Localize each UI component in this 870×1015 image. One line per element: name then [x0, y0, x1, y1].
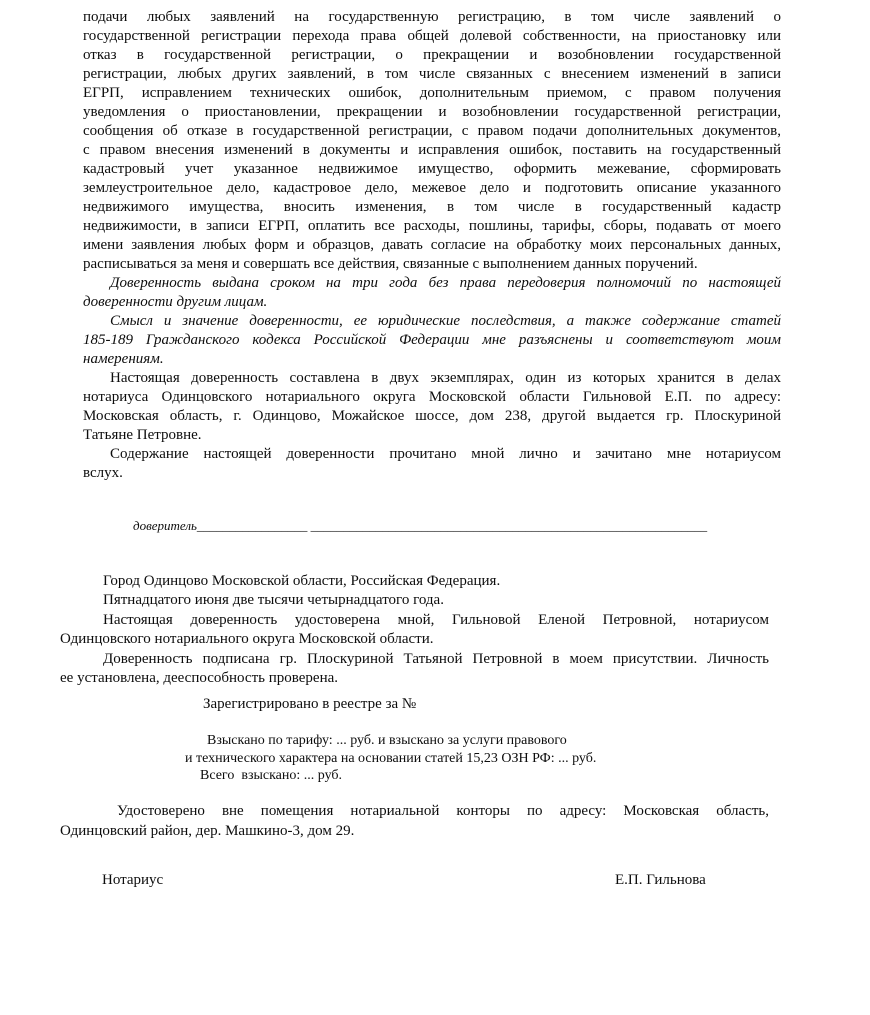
text-line: недвижимого имущества, вносить изменения… [83, 198, 781, 217]
paragraph: Настоящая доверенность удостоверена мной… [60, 611, 769, 650]
text-line: землеустроительное дело, кадастровое дел… [83, 179, 781, 198]
text-line: вслух. [83, 464, 781, 483]
text-line: доверенности другим лицам. [83, 293, 781, 312]
text-line: Содержание настоящей доверенности прочит… [83, 445, 781, 464]
text-line: ЕГРП, исправлением технических ошибок, д… [83, 84, 781, 103]
text-line: Одинцовский район, дер. Машкино-3, дом 2… [60, 822, 769, 842]
text-line: Город Одинцово Московской области, Росси… [60, 572, 769, 591]
text-line: расписываться за меня и совершать все де… [83, 255, 781, 274]
text-line: государственной регистрации перехода пра… [83, 27, 781, 46]
paragraph: Содержание настоящей доверенности прочит… [83, 445, 781, 483]
text-line: нотариуса Одинцовского нотариального окр… [83, 388, 781, 407]
text-line: Настоящая доверенность составлена в двух… [83, 369, 781, 388]
notary-title-label: Нотариус [102, 872, 163, 889]
text-line: недвижимости, в записи ЕГРП, оплатить вс… [83, 217, 781, 236]
text-line: Московская область, г. Одинцово, Можайск… [83, 407, 781, 426]
text-line: отказ в государственной регистрации, о п… [83, 46, 781, 65]
notary-signoff-row: Нотариус Е.П. Гильнова [60, 872, 769, 892]
text-line: подачи любых заявлений на государственну… [83, 8, 781, 27]
paragraph: Смысл и значение доверенности, ее юридич… [83, 312, 781, 369]
text-line: и технического характера на основании ст… [185, 750, 596, 768]
paragraph: Настоящая доверенность составлена в двух… [83, 369, 781, 445]
text-line: имени заявления любых форм и образцов, д… [83, 236, 781, 255]
paragraph: Удостоверено вне помещения нотариальной … [60, 802, 769, 841]
document-page: подачи любых заявлений на государственну… [0, 0, 870, 1015]
text-line: Доверенность выдана сроком на три года б… [83, 274, 781, 293]
text-line: ее установлена, дееспособность проверена… [60, 669, 769, 688]
text-line: 185-189 Гражданского кодекса Российской … [83, 331, 781, 350]
principal-signature-row: доверитель_________________ ____________… [120, 502, 760, 550]
notary-name: Е.П. Гильнова [615, 872, 706, 889]
text-line: Настоящая доверенность удостоверена мной… [60, 611, 769, 630]
text-line: Одинцовского нотариального округа Москов… [60, 630, 769, 649]
text-line: с правом внесения изменений в документы … [83, 141, 781, 160]
notary-attestation-text: Город Одинцово Московской области, Росси… [60, 572, 769, 688]
text-line: Удостоверено вне помещения нотариальной … [60, 802, 769, 822]
paragraph: Город Одинцово Московской области, Росси… [60, 572, 769, 591]
paragraph: Пятнадцатого июня две тысячи четырнадцат… [60, 591, 769, 610]
registry-entry-line: Зарегистрировано в реестре за № [203, 696, 416, 713]
text-line: Всего взыскано: ... руб. [185, 767, 596, 785]
text-line: сообщения об отказе в государственной ре… [83, 122, 781, 141]
text-line: Доверенность подписана гр. Плоскуриной Т… [60, 650, 769, 669]
paragraph: Доверенность выдана сроком на три года б… [83, 274, 781, 312]
text-line: Татьяне Петровне. [83, 426, 781, 445]
power-of-attorney-body-text: подачи любых заявлений на государственну… [83, 8, 781, 483]
text-line: Пятнадцатого июня две тысячи четырнадцат… [60, 591, 769, 610]
text-line: уведомления о приостановлении, прекращен… [83, 103, 781, 122]
certified-outside-office-text: Удостоверено вне помещения нотариальной … [60, 802, 769, 841]
text-line: Смысл и значение доверенности, ее юридич… [83, 312, 781, 331]
text-line: кадастровый учет указанное недвижимое им… [83, 160, 781, 179]
text-line: регистрации, любых других заявлений, в т… [83, 65, 781, 84]
text-line: намерениям. [83, 350, 781, 369]
paragraph: подачи любых заявлений на государственну… [83, 8, 781, 274]
signature-blank-line: _________________ ______________________… [197, 518, 707, 533]
paragraph: Доверенность подписана гр. Плоскуриной Т… [60, 650, 769, 689]
text-line: Взыскано по тарифу: ... руб. и взыскано … [185, 732, 596, 750]
notary-fees-block: Взыскано по тарифу: ... руб. и взыскано … [185, 732, 596, 785]
principal-signature-label: доверитель [133, 518, 197, 533]
